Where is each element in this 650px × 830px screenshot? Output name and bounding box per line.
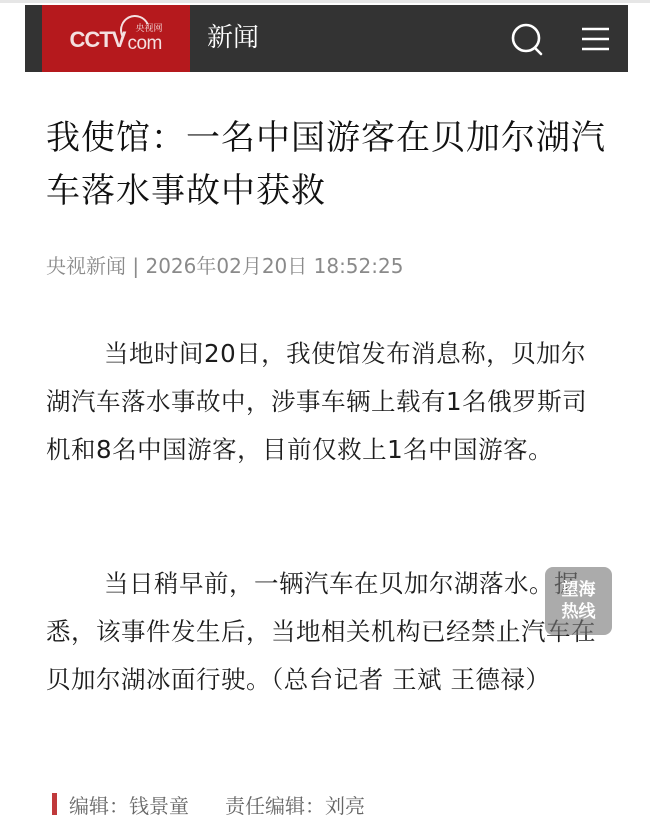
- watermark-line2: 热线: [562, 601, 596, 623]
- logo-mark: CCTV 央视网 com: [70, 25, 163, 53]
- menu-button[interactable]: [573, 17, 617, 61]
- search-button[interactable]: [505, 17, 549, 61]
- article-datetime: 2026年02月20日 18:52:25: [145, 254, 403, 278]
- chief-editor-name: 刘亮: [325, 790, 365, 819]
- article-paragraph: 当地时间20日，我使馆发布消息称，贝加尔湖汽车落水事故中，涉事车辆上载有1名俄罗…: [46, 330, 602, 474]
- meta-separator: |: [132, 254, 139, 278]
- top-border: [0, 0, 650, 3]
- editor-credits: 编辑： 钱景童 责任编辑： 刘亮: [52, 790, 365, 818]
- editor-name: 钱景童: [129, 790, 189, 819]
- article-title: 我使馆：一名中国游客在贝加尔湖汽车落水事故中获救: [46, 112, 606, 218]
- search-icon: [505, 17, 549, 61]
- article-source: 央视新闻: [46, 254, 126, 278]
- watermark-badge: 望海 热线: [545, 567, 612, 635]
- article-paragraph: 当日稍早前，一辆汽车在贝加尔湖落水。据悉，该事件发生后，当地相关机构已经禁止汽车…: [46, 560, 602, 704]
- accent-bar: [52, 793, 57, 815]
- editor-label: 编辑：: [69, 790, 129, 819]
- chief-editor-label: 责任编辑：: [225, 790, 325, 819]
- section-title-news[interactable]: 新闻: [207, 21, 259, 55]
- logo-brand: CCTV: [70, 27, 126, 53]
- watermark-line1: 望海: [562, 579, 596, 601]
- site-header: CCTV 央视网 com 新闻: [25, 5, 628, 72]
- cctv-logo[interactable]: CCTV 央视网 com: [42, 5, 190, 72]
- hamburger-menu-icon: [573, 17, 617, 61]
- article-meta: 央视新闻 | 2026年02月20日 18:52:25: [46, 253, 403, 279]
